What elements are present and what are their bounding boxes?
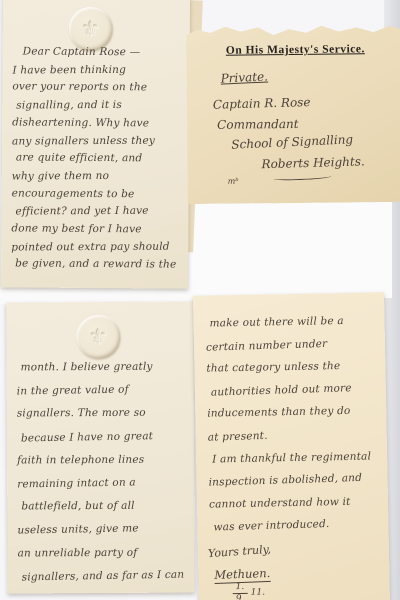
date-numerator: 1. <box>233 583 248 594</box>
photograph-of-letters: ⚜ Dear Captain Rose — I have been thinki… <box>0 0 400 600</box>
printed-header: On His Majesty's Service. <box>186 43 400 57</box>
envelope: On His Majesty's Service. Private. Capta… <box>186 21 400 204</box>
handwriting-line: over your reports on the <box>12 79 185 98</box>
embossed-crest-seal-icon: ⚜ <box>76 315 120 359</box>
handwriting-line: any signallers unless they <box>12 132 185 151</box>
crest-glyph: ⚜ <box>89 325 108 349</box>
date-denominator: 9. <box>233 594 248 600</box>
handwriting-line: pointed out extra pay should <box>11 238 184 257</box>
handwriting-line: encouragements to be <box>12 185 185 204</box>
handwriting-line: efficient? and yet I have <box>15 203 184 222</box>
handwriting-block: Dear Captain Rose — I have been thinking… <box>11 43 186 274</box>
handwriting-line: useless units, give me <box>17 517 190 543</box>
date-year: 11. <box>251 588 266 598</box>
handwriting-line: battlefield, but of all <box>21 495 190 519</box>
underline-flourish <box>274 174 332 182</box>
handwriting-line: signallers. The more so <box>17 402 190 426</box>
handwriting-line: disheartening. Why have <box>12 114 185 133</box>
letter-page-2: ⚜ month. I believe greatly in the great … <box>6 302 195 594</box>
address-line: Commandant <box>217 117 299 132</box>
handwriting-line: was ever introduced. <box>213 512 385 540</box>
handwriting-line: Dear Captain Rose — <box>23 43 186 62</box>
handwriting-line: in the great value of <box>17 378 190 404</box>
handwriting-block: make out there will be a certain number … <box>205 309 384 538</box>
letter-page-1: ⚜ Dear Captain Rose — I have been thinki… <box>1 0 190 289</box>
handwriting-line: are quite efficient, and <box>16 150 185 169</box>
address-line: Roberts Heights. <box>261 154 365 171</box>
handwriting-line: why give them no <box>12 167 185 186</box>
address-line: School of Signalling <box>231 132 353 152</box>
closing-line: Yours truly, <box>208 543 272 560</box>
handwriting-line: be given, and a reward is the <box>15 256 184 275</box>
handwriting-block: month. I believe greatly in the great va… <box>17 356 191 589</box>
letter-page-3: make out there will be a certain number … <box>193 292 390 600</box>
date-fraction: 1. 9. <box>233 583 248 600</box>
handwriting-line: month. I believe greatly <box>21 356 190 380</box>
handwriting-line: signalling, and it is <box>16 97 185 116</box>
crest-glyph: ⚜ <box>81 17 100 41</box>
backdrop-gap <box>180 196 392 298</box>
handwriting-line: done my best for I have <box>11 220 184 239</box>
corner-initials: mᵇ <box>228 177 239 186</box>
handwriting-line: faith in telephone lines <box>17 448 190 472</box>
private-annotation: Private. <box>220 69 268 85</box>
handwriting-line: an unreliable party of <box>17 541 190 565</box>
handwriting-line: remaining intact on a <box>17 470 190 496</box>
handwriting-line: I have been thinking <box>12 61 185 80</box>
handwriting-line: signallers, and as far as I can <box>21 563 190 589</box>
handwriting-line: because I have no great <box>21 424 190 450</box>
address-line: Captain R. Rose <box>213 95 311 112</box>
